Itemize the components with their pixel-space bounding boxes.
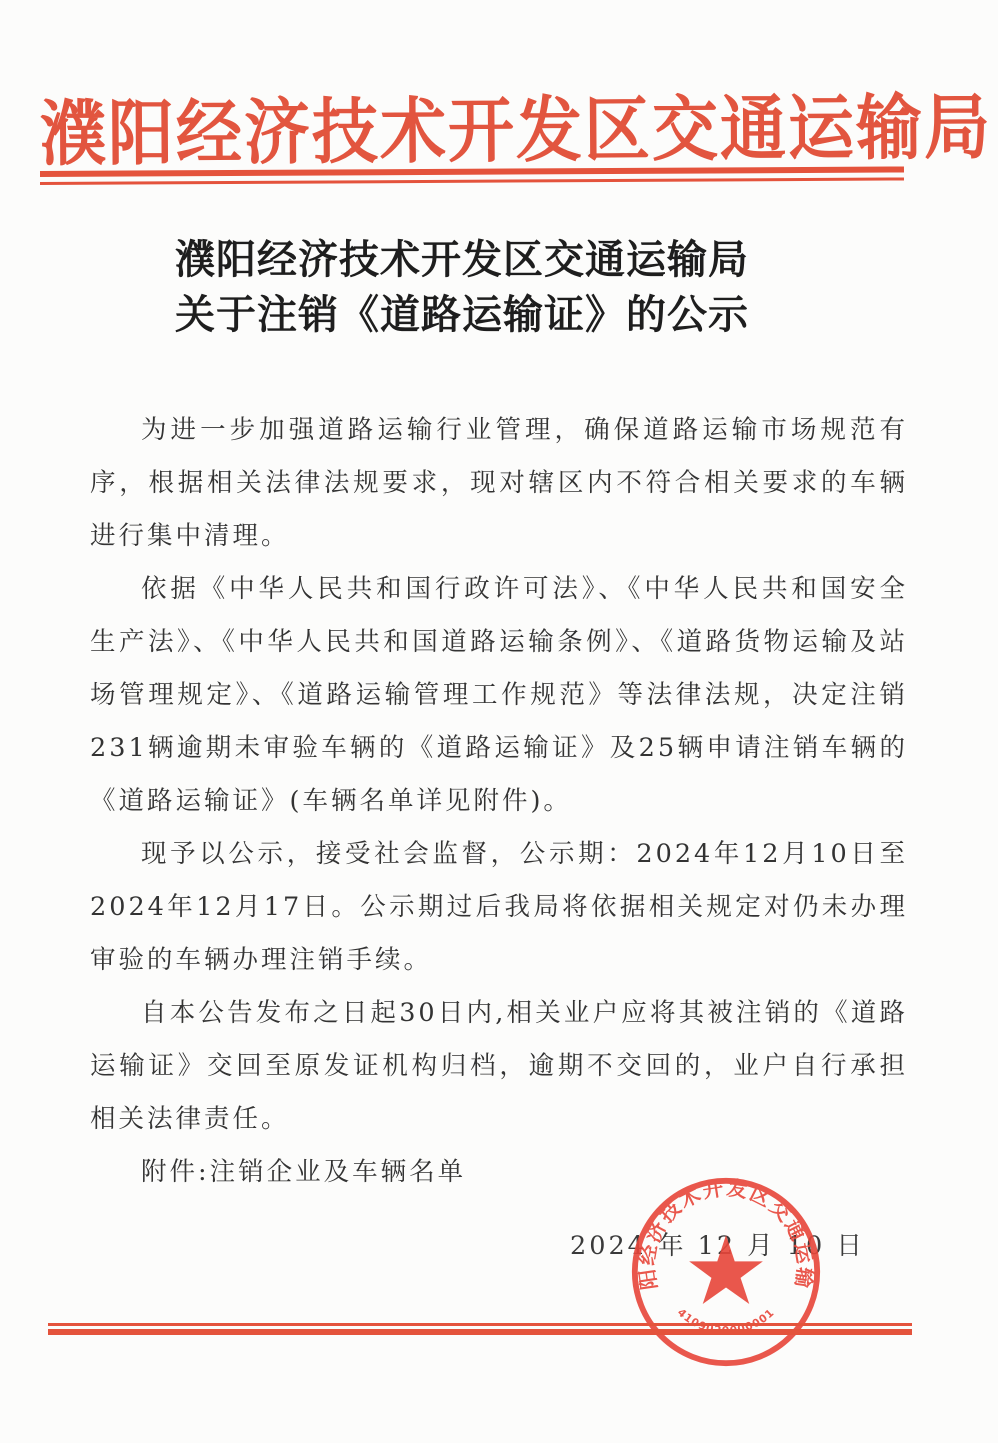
paragraph-attachment: 附件:注销企业及车辆名单 bbox=[90, 1146, 908, 1199]
document-title: 濮阳经济技术开发区交通运输局 关于注销《道路运输证》的公示 bbox=[175, 232, 825, 342]
footer-divider-thin bbox=[48, 1323, 912, 1326]
document-body: 为进一步加强道路运输行业管理，确保道路运输市场规范有序，根据相关法律法规要求，现… bbox=[90, 404, 908, 1199]
footer-divider-thick bbox=[48, 1329, 912, 1335]
paragraph-publicity-period: 现予以公示，接受社会监督，公示期：2024年12月10日至2024年12月17日… bbox=[90, 828, 908, 987]
letterhead-org-name: 濮阳经济技术开发区交通运输局 bbox=[40, 85, 921, 178]
letterhead-divider-thin bbox=[40, 177, 904, 184]
paragraph-return-certificate: 自本公告发布之日起30日内,相关业户应将其被注销的《道路运输证》交回至原发证机构… bbox=[90, 987, 908, 1146]
official-seal-icon: 濮阳经济技术开发区交通运输局 4109020000001 bbox=[629, 1175, 823, 1369]
document-page: 濮阳经济技术开发区交通运输局 濮阳经济技术开发区交通运输局 关于注销《道路运输证… bbox=[0, 0, 998, 1443]
paragraph-legal-basis: 依据《中华人民共和国行政许可法》、《中华人民共和国安全生产法》、《中华人民共和国… bbox=[90, 563, 908, 828]
title-line-2: 关于注销《道路运输证》的公示 bbox=[175, 287, 825, 342]
paragraph-purpose: 为进一步加强道路运输行业管理，确保道路运输市场规范有序，根据相关法律法规要求，现… bbox=[90, 404, 908, 563]
title-line-1: 濮阳经济技术开发区交通运输局 bbox=[175, 232, 825, 287]
signature-date: 2024 年 12 月 10 日 bbox=[570, 1226, 865, 1262]
